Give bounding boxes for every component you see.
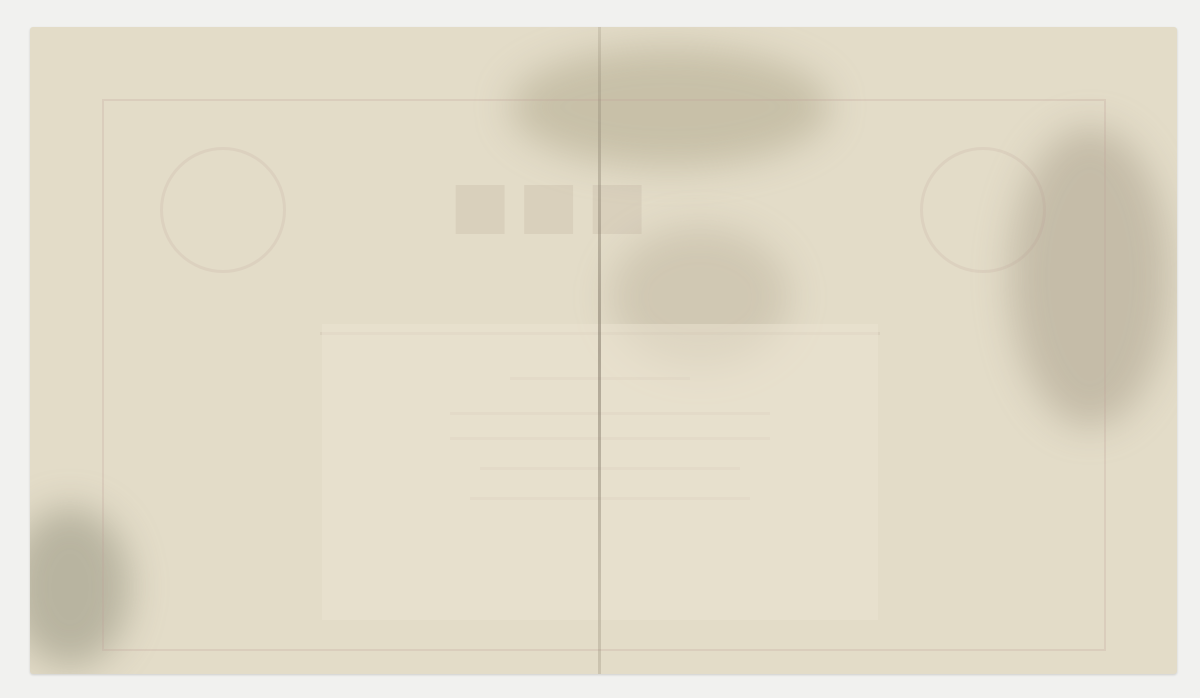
banknote-back: ■■■ — [30, 27, 1177, 674]
seal-left — [160, 147, 286, 273]
ghost-heading: ■■■ — [450, 167, 655, 242]
seal-right — [920, 147, 1046, 273]
center-fold — [598, 27, 601, 674]
